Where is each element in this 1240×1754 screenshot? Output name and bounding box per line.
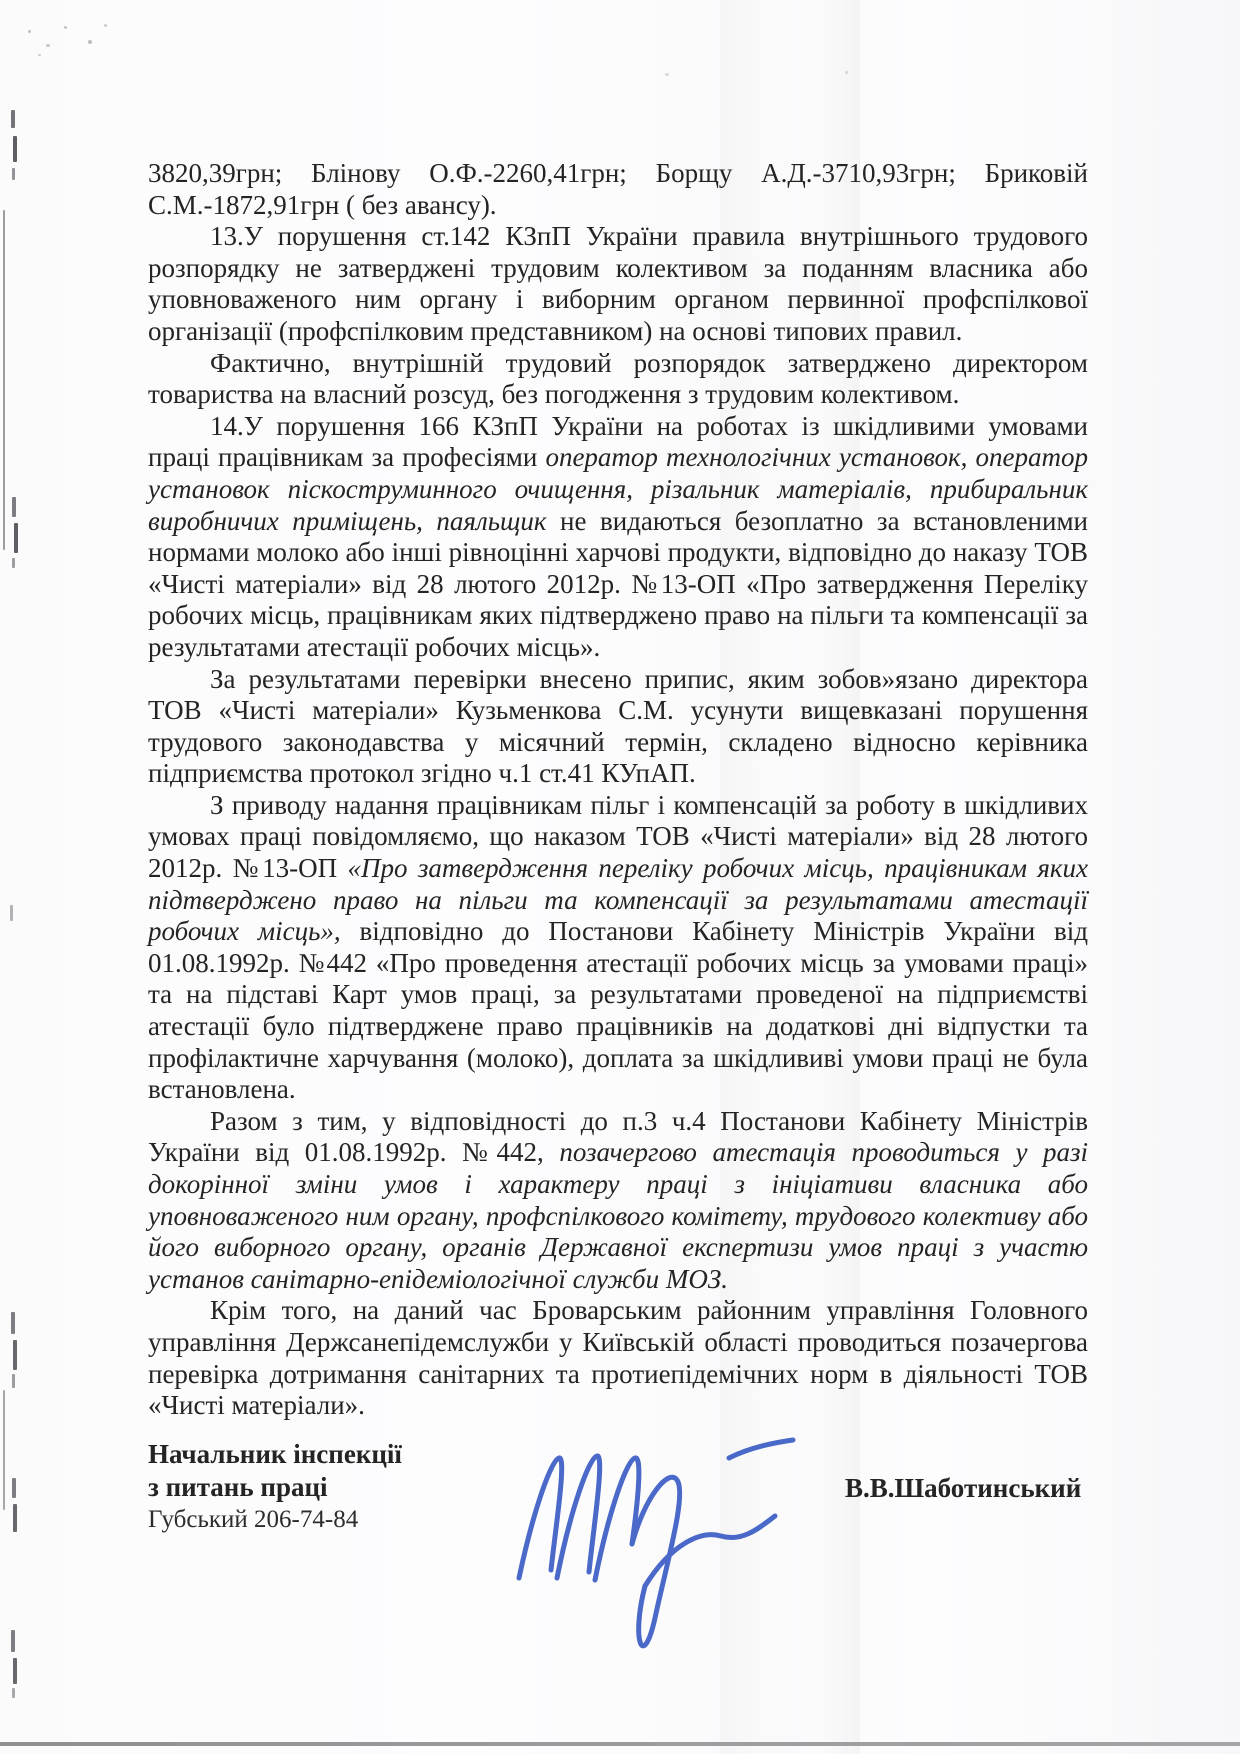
scan-artifact (12, 1688, 15, 1698)
scan-artifact (13, 136, 17, 162)
scan-speck (845, 71, 848, 74)
scan-artifact (14, 523, 18, 553)
text-run: 13.У порушення ст.142 КЗпП України прави… (148, 221, 1088, 346)
scan-artifact (3, 210, 5, 550)
paragraph: Разом з тим, у відповідності до п.3 ч.4 … (148, 1106, 1088, 1296)
signer-position-line2: з питань праці (148, 1471, 568, 1504)
paragraph: 14.У порушення 166 КЗпП України на робот… (148, 411, 1088, 664)
document-body-text: 3820,39грн; Блінову О.Ф.-2260,41грн; Бор… (148, 158, 1088, 1422)
signature-stroke (729, 1440, 793, 1458)
scan-artifact (13, 1340, 17, 1370)
pencil-mark (38, 54, 41, 56)
scanned-document-page: 3820,39грн; Блінову О.Ф.-2260,41грн; Бор… (0, 0, 1240, 1754)
paragraph: 3820,39грн; Блінову О.Ф.-2260,41грн; Бор… (148, 158, 1088, 221)
paragraph: 13.У порушення ст.142 КЗпП України прави… (148, 221, 1088, 347)
pencil-mark (46, 44, 50, 47)
pencil-mark (88, 40, 92, 44)
signer-position-line1: Начальник інспекції (148, 1438, 568, 1471)
scan-artifact (12, 558, 15, 568)
scan-artifact (11, 1630, 15, 1652)
page-bottom-scan-edge (0, 1742, 1240, 1746)
scan-artifact (10, 905, 13, 921)
scan-artifact (11, 1312, 15, 1334)
scan-artifact (13, 1504, 17, 1532)
pencil-mark (64, 26, 67, 29)
signer-name: В.В.Шаботинський (845, 1473, 1081, 1504)
scan-artifact (13, 1658, 17, 1684)
scan-artifact (12, 497, 16, 517)
paragraph: Фактично, внутрішній трудовий розпорядок… (148, 348, 1088, 411)
text-run: За результатами перевірки внесено припис… (148, 664, 1088, 789)
scan-artifact (3, 1390, 5, 1510)
paragraph: За результатами перевірки внесено припис… (148, 664, 1088, 790)
scan-artifact (12, 1478, 16, 1498)
scan-artifact (11, 110, 15, 128)
scan-artifact (12, 168, 15, 180)
scan-artifact (12, 1374, 15, 1388)
scan-speck (665, 73, 669, 76)
signer-contact: Губський 206-74-84 (148, 1504, 568, 1535)
pencil-mark (104, 24, 107, 27)
paragraph: З приводу надання працівникам пільг і ко… (148, 790, 1088, 1106)
text-run: 3820,39грн; Блінову О.Ф.-2260,41грн; Бор… (148, 158, 1088, 220)
text-run: Фактично, внутрішній трудовий розпорядок… (148, 348, 1088, 410)
signature-block: Начальник інспекції з питань праці Губсь… (148, 1438, 568, 1535)
pencil-mark (28, 30, 31, 33)
